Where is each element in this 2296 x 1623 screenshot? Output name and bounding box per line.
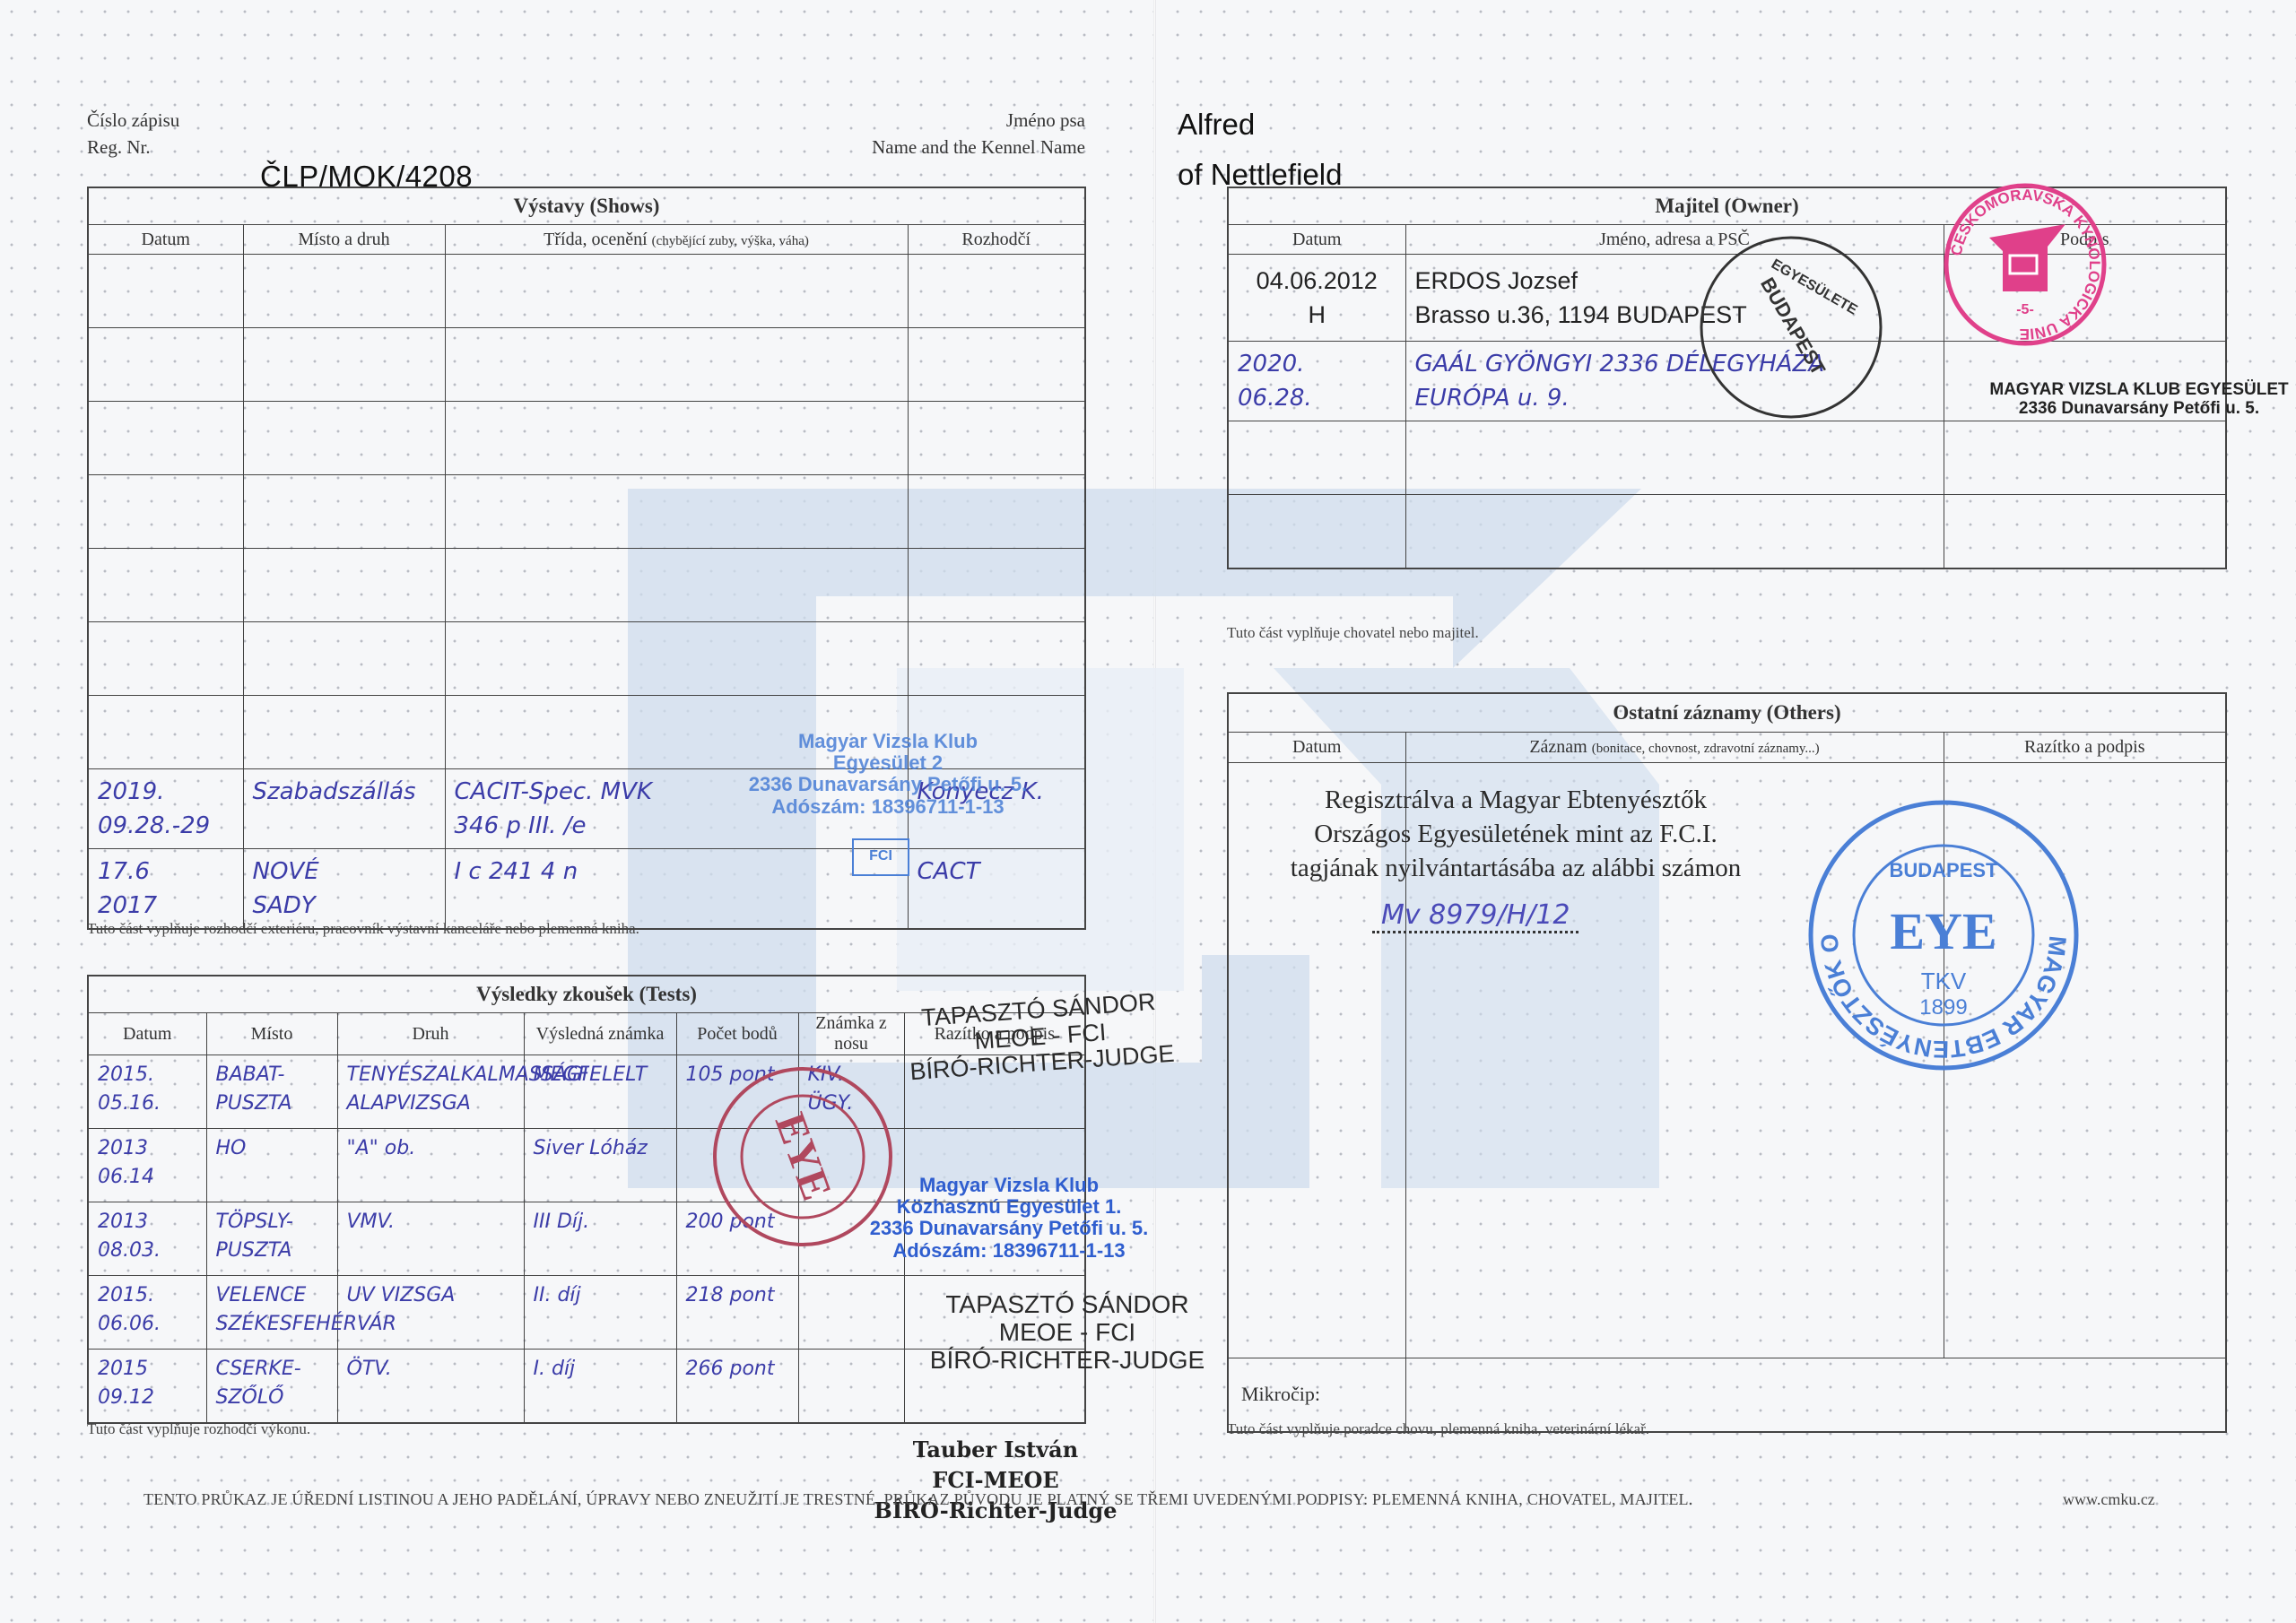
tests-nose-cell-text: KIV. ÜGY.	[799, 1055, 904, 1124]
name-label-cz: Jméno psa	[717, 109, 1085, 132]
owner-date-cell-text	[1229, 495, 1405, 506]
owner-date-cell-text	[1229, 421, 1405, 432]
tests-type-cell-text: VMV.	[338, 1202, 524, 1242]
table-row	[88, 475, 1085, 549]
shows-date-cell	[88, 475, 243, 549]
owner-date-cell-text: 2020. 06.28.	[1229, 342, 1405, 421]
tests-date-cell-text: 2013 08.03.	[89, 1202, 206, 1271]
tests-nose-cell	[798, 1276, 904, 1350]
shows-result-cell-text	[446, 328, 908, 339]
tests-points-cell	[676, 1129, 798, 1202]
tests-grade-cell: Siver Lóház	[524, 1129, 676, 1202]
tests-place-cell-text: HO	[207, 1129, 337, 1168]
tests-points-cell: 266 pont	[676, 1350, 798, 1423]
shows-date-cell: 17.6 2017	[88, 849, 243, 930]
vizsla-club-stamp-top: Magyar Vizsla Klub Egyesület 2 2336 Duna…	[726, 731, 1049, 818]
table-row: 17.6 2017NOVÉ SADYI c 241 4 nCACT	[88, 849, 1085, 930]
tests-date-cell: 2015. 06.06.	[88, 1276, 206, 1350]
shows-place-cell-text	[244, 475, 445, 486]
shows-judge-cell	[908, 328, 1085, 402]
owner-footnote: Tuto část vyplňuje chovatel nebo majitel…	[1227, 624, 1479, 642]
shows-place-cell-text	[244, 696, 445, 707]
shows-place-cell-text	[244, 255, 445, 265]
shows-result-cell-text	[446, 475, 908, 486]
shows-result-cell	[445, 622, 908, 696]
col-signature: Podpis	[1944, 225, 2226, 255]
col-points: Počet bodů	[676, 1013, 798, 1055]
table-row: 04.06.2012 HERDOS Jozsef Brasso u.36, 11…	[1228, 255, 2226, 342]
shows-judge-cell: CACT	[908, 849, 1085, 930]
tests-grade-cell-text: I. díj	[525, 1350, 676, 1389]
shows-date-cell	[88, 549, 243, 622]
shows-judge-cell	[908, 549, 1085, 622]
shows-result-cell-text	[446, 402, 908, 412]
shows-judge-cell-text	[909, 402, 1085, 412]
tests-grade-cell: II. díj	[524, 1276, 676, 1350]
owner-date-cell-text: 04.06.2012 H	[1229, 255, 1405, 341]
shows-result-cell-text: I c 241 4 n	[446, 849, 908, 894]
owner-date-cell: 04.06.2012 H	[1228, 255, 1405, 342]
shows-judge-cell	[908, 402, 1085, 475]
tests-date-cell: 2013 06.14	[88, 1129, 206, 1202]
shows-date-cell-text	[89, 696, 243, 707]
tests-type-cell: "A" ob.	[337, 1129, 524, 1202]
owner-table: Majitel (Owner) Datum Jméno, adresa a PS…	[1227, 187, 2227, 569]
tests-grade-cell-text: MEGFELELT	[525, 1055, 676, 1095]
shows-judge-cell-text	[909, 475, 1085, 486]
shows-date-cell-text	[89, 255, 243, 265]
tests-date-cell-text: 2013 06.14	[89, 1129, 206, 1197]
reg-label-en: Reg. Nr.	[87, 136, 151, 159]
name-label-en: Name and the Kennel Name	[717, 136, 1085, 159]
shows-title: Výstavy (Shows)	[88, 187, 1085, 225]
owner-date-cell: 2020. 06.28.	[1228, 342, 1405, 421]
tests-type-cell-text: ÖTV.	[338, 1350, 524, 1389]
table-row	[88, 622, 1085, 696]
others-title: Ostatní záznamy (Others)	[1228, 693, 2226, 732]
table-row	[88, 549, 1085, 622]
shows-footnote: Tuto část vyplňuje rozhodčí exteriéru, p…	[87, 920, 639, 938]
col-stamp-signature: Razítko a podpis	[1944, 732, 2226, 762]
tests-grade-cell-text: II. díj	[525, 1276, 676, 1315]
owner-signature-cell	[1944, 421, 2226, 495]
shows-place-cell: NOVÉ SADY	[243, 849, 445, 930]
shows-date-cell-text	[89, 549, 243, 560]
shows-date-cell-text: 2019. 09.28.-29	[89, 769, 243, 848]
registration-number-handwritten: Mv 8979/H/12	[1372, 899, 1578, 933]
tests-date-cell-text: 2015 09.12	[89, 1350, 206, 1418]
owner-signature-cell-text	[1944, 342, 2226, 352]
col-date: Datum	[88, 1013, 206, 1055]
table-row	[88, 328, 1085, 402]
table-row	[1228, 421, 2226, 495]
tests-place-cell: CSERKE- SZŐLŐ	[206, 1350, 337, 1423]
tests-points-cell: 218 pont	[676, 1276, 798, 1350]
vizsla-club-stamp-mid: Magyar Vizsla Klub Közhasznú Egyesület 1…	[861, 1175, 1157, 1262]
tests-date-cell-text: 2015. 06.06.	[89, 1276, 206, 1344]
col-date: Datum	[88, 225, 243, 255]
shows-date-cell: 2019. 09.28.-29	[88, 769, 243, 849]
tests-type-cell-text: UV VIZSGA	[338, 1276, 524, 1315]
shows-place-cell	[243, 475, 445, 549]
owner-name-cell-text	[1406, 495, 1944, 506]
shows-place-cell-text	[244, 402, 445, 412]
tests-nose-cell-text	[799, 1350, 904, 1360]
shows-judge-cell	[908, 475, 1085, 549]
shows-judge-cell	[908, 255, 1085, 328]
tests-points-cell-text: 266 pont	[677, 1350, 798, 1389]
tests-footnote: Tuto část vyplňuje rozhodčí výkonu.	[87, 1420, 310, 1438]
tests-nose-cell	[798, 1350, 904, 1423]
tests-place-cell-text: CSERKE- SZŐLŐ	[207, 1350, 337, 1418]
reg-label-cz: Číslo zápisu	[87, 109, 179, 132]
owner-name-cell: ERDOS Jozsef Brasso u.36, 1194 BUDAPEST	[1405, 255, 1944, 342]
tests-stamp-cell-text	[905, 1129, 1085, 1140]
shows-place-cell-text	[244, 328, 445, 339]
shows-place-cell-text	[244, 549, 445, 560]
tests-stamp-cell-text	[905, 1276, 1085, 1287]
shows-result-cell-text	[446, 549, 908, 560]
col-final-grade: Výsledná známka	[524, 1013, 676, 1055]
shows-result-cell	[445, 549, 908, 622]
shows-judge-cell-text	[909, 549, 1085, 560]
tests-grade-cell: MEGFELELT	[524, 1055, 676, 1129]
owner-name-cell: GAÁL GYÖNGYI 2336 DÉLEGYHÁZA EURÓPA u. 9…	[1405, 342, 1944, 421]
shows-result-cell-text	[446, 255, 908, 265]
page-fold	[1153, 0, 1156, 1623]
shows-date-cell-text	[89, 402, 243, 412]
owner-signature-cell-text	[1944, 495, 2226, 506]
shows-date-cell-text	[89, 328, 243, 339]
owner-title: Majitel (Owner)	[1228, 187, 2226, 225]
shows-result-cell-text	[446, 622, 908, 633]
shows-result-cell	[445, 402, 908, 475]
owner-date-cell	[1228, 495, 1405, 568]
shows-result-cell	[445, 328, 908, 402]
col-nose-grade: Známka z nosu	[798, 1013, 904, 1055]
shows-date-cell	[88, 402, 243, 475]
shows-place-cell	[243, 622, 445, 696]
shows-place-cell	[243, 549, 445, 622]
shows-place-cell	[243, 328, 445, 402]
col-record: Záznam (bonitace, chovnost, zdravotní zá…	[1405, 732, 1944, 762]
shows-date-cell-text	[89, 475, 243, 486]
tests-place-cell-text: TÖPSLY- PUSZTA	[207, 1202, 337, 1271]
shows-judge-cell-text	[909, 696, 1085, 707]
tests-nose-cell: KIV. ÜGY.	[798, 1055, 904, 1129]
tests-type-cell: ÖTV.	[337, 1350, 524, 1423]
shows-result-cell	[445, 255, 908, 328]
tests-place-cell: HO	[206, 1129, 337, 1202]
judge-stamp-2: TAPASZTÓ SÁNDOR MEOE - FCI BÍRÓ-RICHTER-…	[906, 1291, 1229, 1374]
shows-judge-cell-text: CACT	[909, 849, 1085, 894]
col-date: Datum	[1228, 225, 1405, 255]
tests-date-cell: 2013 08.03.	[88, 1202, 206, 1276]
owner-name-cell-text: ERDOS Jozsef Brasso u.36, 1194 BUDAPEST	[1406, 255, 1944, 341]
others-footnote: Tuto část vyplňuje poradce chovu, plemen…	[1227, 1420, 1649, 1438]
owner-signature-cell-text	[1944, 421, 2226, 432]
tests-points-cell-text: 105 pont	[677, 1055, 798, 1095]
tests-grade-cell-text: III Díj.	[525, 1202, 676, 1242]
tests-grade-cell: I. díj	[524, 1350, 676, 1423]
shows-date-cell	[88, 622, 243, 696]
dog-name-line1: Alfred	[1178, 108, 1255, 142]
tests-type-cell: TENYÉSZALKALMASSÁGI ALAPVIZSGA	[337, 1055, 524, 1129]
tests-points-cell-text	[677, 1129, 798, 1140]
table-row	[88, 402, 1085, 475]
col-class-award: Třída, ocenění (chybějící zuby, výška, v…	[445, 225, 908, 255]
owner-signature-cell	[1944, 495, 2226, 568]
tests-place-cell: BABAT- PUSZTA	[206, 1055, 337, 1129]
table-row	[1228, 495, 2226, 568]
website-link: www.cmku.cz	[2063, 1490, 2155, 1509]
shows-result-cell	[445, 475, 908, 549]
col-place-type: Místo a druh	[243, 225, 445, 255]
shows-judge-cell-text	[909, 255, 1085, 265]
shows-result-cell-text	[446, 696, 908, 707]
shows-place-cell	[243, 255, 445, 328]
tests-nose-cell-text	[799, 1276, 904, 1287]
shows-table: Výstavy (Shows) Datum Místo a druh Třída…	[87, 187, 1086, 930]
col-judge: Rozhodčí	[908, 225, 1085, 255]
shows-place-cell: Szabadszállás	[243, 769, 445, 849]
owner-name-cell-text: GAÁL GYÖNGYI 2336 DÉLEGYHÁZA EURÓPA u. 9…	[1406, 342, 1944, 421]
shows-date-cell	[88, 696, 243, 769]
shows-judge-cell-text	[909, 328, 1085, 339]
shows-place-cell	[243, 402, 445, 475]
vizsla-club-owner-stamp: MAGYAR VIZSLA KLUB EGYESÜLET 2336 Dunava…	[1987, 381, 2292, 419]
tests-place-cell: VELENCE SZÉKESFEHÉRVÁR	[206, 1276, 337, 1350]
tests-points-cell-text: 218 pont	[677, 1276, 798, 1315]
tests-date-cell: 2015 09.12	[88, 1350, 206, 1423]
shows-place-cell-text	[244, 622, 445, 633]
shows-date-cell	[88, 255, 243, 328]
owner-name-cell	[1405, 495, 1944, 568]
tests-type-cell: VMV.	[337, 1202, 524, 1276]
others-stamp-cell	[1944, 762, 2226, 1358]
tests-date-cell-text: 2015. 05.16.	[89, 1055, 206, 1124]
owner-name-cell	[1405, 421, 1944, 495]
shows-place-cell	[243, 696, 445, 769]
tests-place-cell-text: VELENCE SZÉKESFEHÉRVÁR	[207, 1276, 337, 1344]
tests-place-cell-text: BABAT- PUSZTA	[207, 1055, 337, 1124]
shows-place-cell-text: NOVÉ SADY	[244, 849, 445, 928]
tests-points-cell: 105 pont	[676, 1055, 798, 1129]
col-place: Místo	[206, 1013, 337, 1055]
tests-type-cell-text: TENYÉSZALKALMASSÁGI ALAPVIZSGA	[338, 1055, 524, 1124]
tests-type-cell-text: "A" ob.	[338, 1129, 524, 1168]
shows-place-cell-text: Szabadszállás	[244, 769, 445, 814]
col-name-address: Jméno, adresa a PSČ	[1405, 225, 1944, 255]
tests-date-cell: 2015. 05.16.	[88, 1055, 206, 1129]
judge-stamp-bottom: Tauber István FCI-MEOE BÍRÓ-Richter-Judg…	[861, 1435, 1130, 1526]
shows-result-cell: I c 241 4 n	[445, 849, 908, 930]
owner-date-cell	[1228, 421, 1405, 495]
tests-place-cell: TÖPSLY- PUSZTA	[206, 1202, 337, 1276]
owner-signature-cell-text	[1944, 255, 2226, 265]
tests-points-cell: 200 pont	[676, 1202, 798, 1276]
shows-date-cell-text: 17.6 2017	[89, 849, 243, 928]
tests-nose-cell-text	[799, 1129, 904, 1140]
tests-grade-cell: III Díj.	[524, 1202, 676, 1276]
shows-date-cell	[88, 328, 243, 402]
shows-judge-cell	[908, 622, 1085, 696]
tests-points-cell-text: 200 pont	[677, 1202, 798, 1242]
shows-date-cell-text	[89, 622, 243, 633]
tests-grade-cell-text: Siver Lóház	[525, 1129, 676, 1168]
col-date: Datum	[1228, 732, 1405, 762]
owner-signature-cell	[1944, 255, 2226, 342]
registration-stamp-text: Regisztrálva a Magyar Ebtenyésztők Orszá…	[1247, 783, 1785, 885]
table-row	[88, 255, 1085, 328]
col-type: Druh	[337, 1013, 524, 1055]
shows-judge-cell-text	[909, 622, 1085, 633]
legal-footer: TENTO PRŮKAZ JE ÚŘEDNÍ LISTINOU A JEHO P…	[143, 1490, 1692, 1509]
owner-name-cell-text	[1406, 421, 1944, 432]
